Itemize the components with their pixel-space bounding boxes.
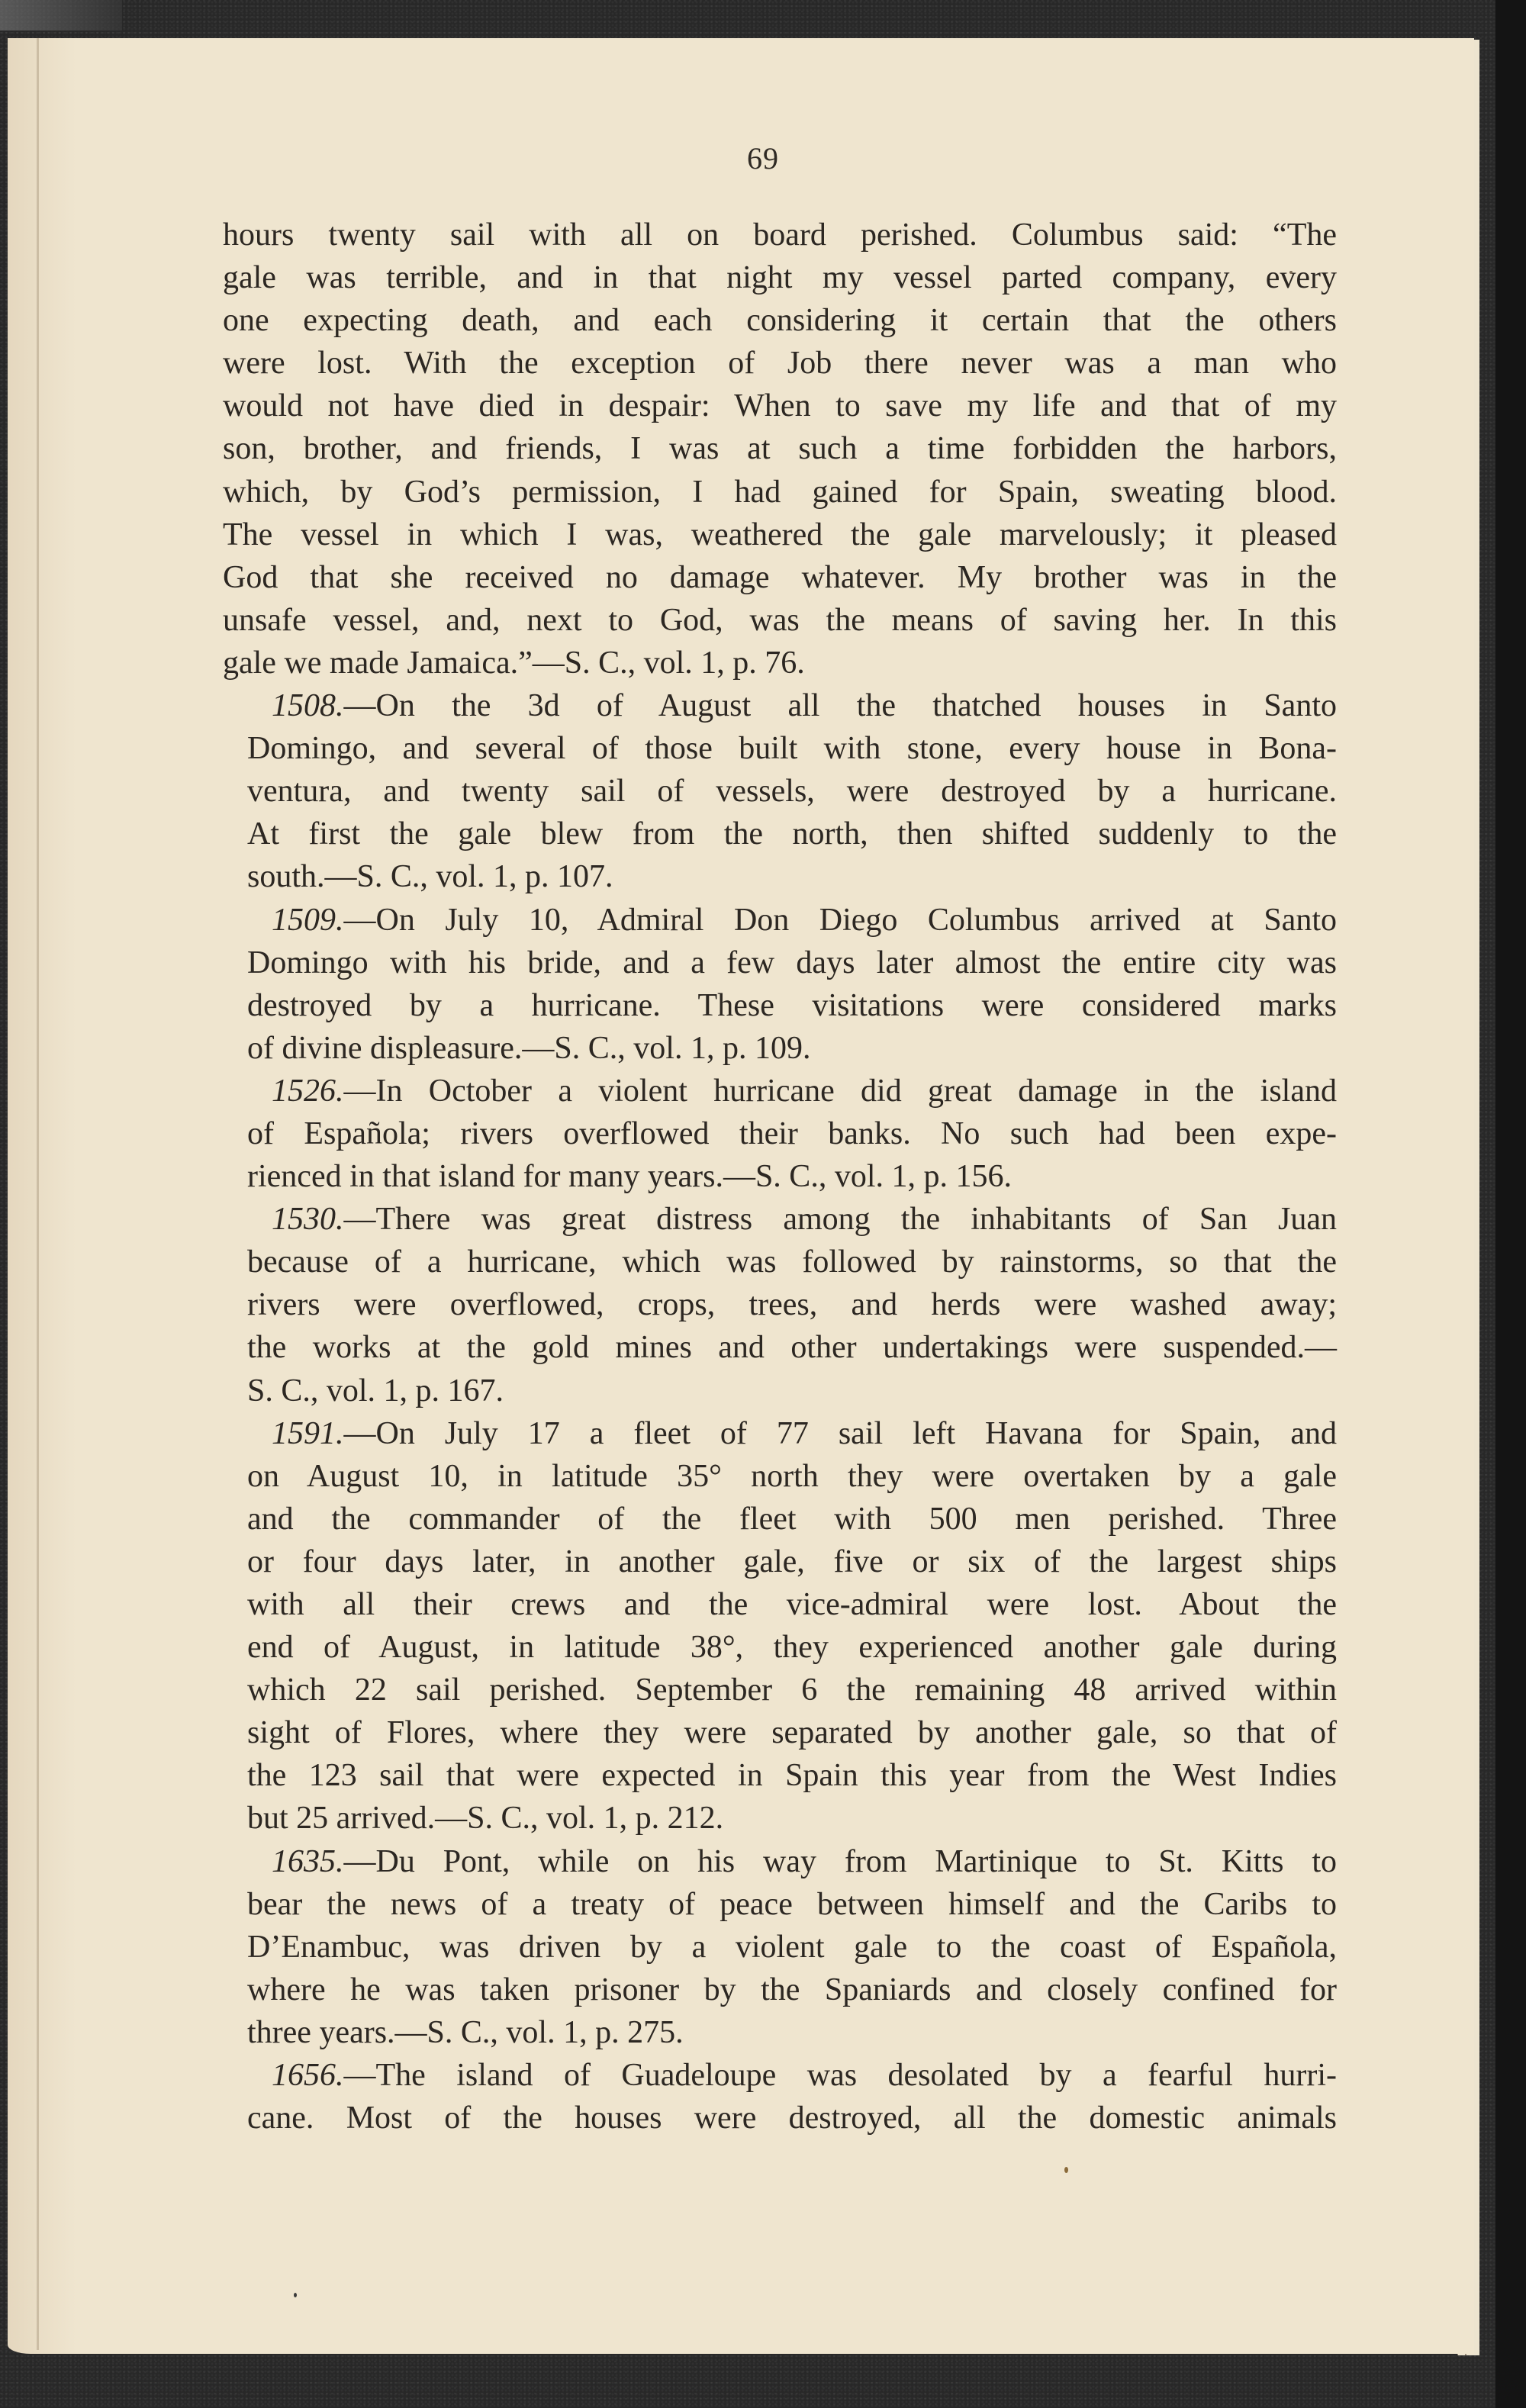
text-line: because of a hurricane, which was follow… — [223, 1241, 1337, 1283]
line-text: which, by God’s permission, I had gained… — [223, 475, 1337, 510]
text-line: Domingo, and several of those built with… — [223, 727, 1337, 770]
text-line: the 123 sail that were expected in Spain… — [223, 1754, 1337, 1797]
paper-speck — [294, 2293, 297, 2297]
text-line: rienced in that island for many years.—S… — [223, 1155, 1337, 1198]
page-number: 69 — [0, 140, 1526, 176]
text-line: gale we made Jamaica.”—S. C., vol. 1, p.… — [223, 642, 1337, 684]
line-text: of divine displeasure.—S. C., vol. 1, p.… — [247, 1031, 810, 1066]
line-text: D’Enambuc, was driven by a violent gale … — [247, 1930, 1337, 1965]
body-text: hours twenty sail with all on board peri… — [223, 214, 1337, 2139]
line-text: bear the news of a treaty of peace betwe… — [247, 1887, 1337, 1922]
line-text: on August 10, in latitude 35° north they… — [247, 1459, 1337, 1494]
line-text: hours twenty sail with all on board peri… — [223, 217, 1337, 253]
text-line: three years.—S. C., vol. 1, p. 275. — [223, 2011, 1337, 2054]
line-text: because of a hurricane, which was follow… — [247, 1244, 1337, 1280]
entry-year: 1635. — [272, 1844, 344, 1879]
text-line: At first the gale blew from the north, t… — [223, 813, 1337, 855]
line-text: destroyed by a hurricane. These visitati… — [247, 988, 1337, 1023]
line-text: The vessel in which I was, weathered the… — [223, 517, 1337, 552]
chronology-entry: 1591.—On July 17 a fleet of 77 sail left… — [223, 1412, 1337, 1840]
line-text: end of August, in latitude 38°, they exp… — [247, 1630, 1337, 1665]
text-line: where he was taken prisoner by the Spani… — [223, 1969, 1337, 2011]
text-line: Domingo with his bride, and a few days l… — [223, 942, 1337, 984]
paper-speck — [1064, 2167, 1068, 2173]
continued-paragraph: hours twenty sail with all on board peri… — [223, 214, 1337, 684]
text-line: 1526.—In October a violent hurricane did… — [223, 1070, 1337, 1112]
text-line: of Española; rivers overflowed their ban… — [223, 1112, 1337, 1155]
line-text: south.—S. C., vol. 1, p. 107. — [247, 859, 613, 894]
cover-edge — [1495, 0, 1526, 2408]
text-line: were lost. With the exception of Job the… — [223, 342, 1337, 385]
line-text: —In October a violent hurricane did grea… — [344, 1074, 1338, 1109]
text-line: 1530.—There was great distress among the… — [223, 1198, 1337, 1241]
gutter-fold — [37, 38, 39, 2350]
chronology-entry: 1635.—Du Pont, while on his way from Mar… — [223, 1840, 1337, 2054]
text-line: son, brother, and friends, I was at such… — [223, 427, 1337, 470]
text-line: and the commander of the fleet with 500 … — [223, 1498, 1337, 1540]
chronology-entry: 1530.—There was great distress among the… — [223, 1198, 1337, 1412]
line-text: —On the 3d of August all the thatched ho… — [344, 688, 1338, 723]
line-text: unsafe vessel, and, next to God, was the… — [223, 603, 1337, 638]
line-text: rivers were overflowed, crops, trees, an… — [247, 1287, 1337, 1322]
line-text: but 25 arrived.—S. C., vol. 1, p. 212. — [247, 1801, 723, 1836]
text-line: S. C., vol. 1, p. 167. — [223, 1370, 1337, 1412]
entry-year: 1526. — [272, 1074, 344, 1109]
text-line: bear the news of a treaty of peace betwe… — [223, 1883, 1337, 1926]
text-line: which 22 sail perished. September 6 the … — [223, 1669, 1337, 1711]
line-text: rienced in that island for many years.—S… — [247, 1159, 1012, 1194]
entry-year: 1530. — [272, 1202, 344, 1237]
text-line: south.—S. C., vol. 1, p. 107. — [223, 855, 1337, 898]
text-line: hours twenty sail with all on board peri… — [223, 214, 1337, 256]
text-line: on August 10, in latitude 35° north they… — [223, 1455, 1337, 1498]
line-text: would not have died in despair: When to … — [223, 388, 1337, 423]
text-line: God that she received no damage whatever… — [223, 556, 1337, 599]
text-line: The vessel in which I was, weathered the… — [223, 513, 1337, 556]
text-line: which, by God’s permission, I had gained… — [223, 471, 1337, 513]
line-text: At first the gale blew from the north, t… — [247, 816, 1337, 851]
text-line: 1635.—Du Pont, while on his way from Mar… — [223, 1840, 1337, 1883]
text-line: but 25 arrived.—S. C., vol. 1, p. 212. — [223, 1797, 1337, 1840]
text-line: the works at the gold mines and other un… — [223, 1326, 1337, 1369]
line-text: —The island of Guadeloupe was desolated … — [344, 2058, 1338, 2093]
line-text: gale we made Jamaica.”—S. C., vol. 1, p.… — [223, 645, 805, 681]
entry-year: 1591. — [272, 1416, 344, 1451]
line-text: where he was taken prisoner by the Spani… — [247, 1972, 1337, 2007]
line-text: son, brother, and friends, I was at such… — [223, 431, 1337, 466]
line-text: gale was terrible, and in that night my … — [223, 260, 1337, 295]
text-line: 1508.—On the 3d of August all the thatch… — [223, 684, 1337, 727]
text-line: end of August, in latitude 38°, they exp… — [223, 1626, 1337, 1669]
line-text: cane. Most of the houses were destroyed,… — [247, 2101, 1337, 2136]
text-line: would not have died in despair: When to … — [223, 385, 1337, 427]
line-text: Domingo, and several of those built with… — [247, 731, 1337, 766]
line-text: —On July 10, Admiral Don Diego Columbus … — [344, 903, 1338, 938]
line-text: were lost. With the exception of Job the… — [223, 346, 1337, 381]
line-text: —There was great distress among the inha… — [344, 1202, 1338, 1237]
text-line: 1656.—The island of Guadeloupe was desol… — [223, 2054, 1337, 2097]
text-line: cane. Most of the houses were destroyed,… — [223, 2097, 1337, 2139]
line-text: and the commander of the fleet with 500 … — [247, 1502, 1337, 1537]
line-text: the 123 sail that were expected in Spain… — [247, 1758, 1337, 1793]
chronology-entry: 1509.—On July 10, Admiral Don Diego Colu… — [223, 899, 1337, 1070]
text-line: rivers were overflowed, crops, trees, an… — [223, 1283, 1337, 1326]
line-text: Domingo with his bride, and a few days l… — [247, 945, 1337, 980]
text-line: gale was terrible, and in that night my … — [223, 256, 1337, 299]
text-line: 1591.—On July 17 a fleet of 77 sail left… — [223, 1412, 1337, 1455]
text-line: ventura, and twenty sail of vessels, wer… — [223, 770, 1337, 813]
line-text: which 22 sail perished. September 6 the … — [247, 1672, 1337, 1708]
text-line: 1509.—On July 10, Admiral Don Diego Colu… — [223, 899, 1337, 942]
text-line: with all their crews and the vice-admira… — [223, 1583, 1337, 1626]
text-line: D’Enambuc, was driven by a violent gale … — [223, 1926, 1337, 1969]
line-text: three years.—S. C., vol. 1, p. 275. — [247, 2015, 684, 2050]
entry-year: 1508. — [272, 688, 344, 723]
text-line: or four days later, in another gale, fiv… — [223, 1540, 1337, 1583]
chronology-entry: 1656.—The island of Guadeloupe was desol… — [223, 2054, 1337, 2139]
line-text: the works at the gold mines and other un… — [247, 1330, 1337, 1365]
chronology-entry: 1526.—In October a violent hurricane did… — [223, 1070, 1337, 1198]
entry-year: 1509. — [272, 903, 344, 938]
line-text: one expecting death, and each considerin… — [223, 303, 1337, 338]
line-text: sight of Flores, where they were separat… — [247, 1715, 1337, 1750]
text-line: one expecting death, and each considerin… — [223, 299, 1337, 342]
line-text: or four days later, in another gale, fiv… — [247, 1544, 1337, 1579]
text-line: unsafe vessel, and, next to God, was the… — [223, 599, 1337, 642]
line-text: ventura, and twenty sail of vessels, wer… — [247, 774, 1337, 809]
line-text: —On July 17 a fleet of 77 sail left Hava… — [344, 1416, 1338, 1451]
line-text: S. C., vol. 1, p. 167. — [247, 1373, 504, 1408]
chronology-entry: 1508.—On the 3d of August all the thatch… — [223, 684, 1337, 898]
text-line: destroyed by a hurricane. These visitati… — [223, 984, 1337, 1027]
paper-speck — [1289, 271, 1293, 274]
line-text: of Española; rivers overflowed their ban… — [247, 1116, 1337, 1151]
line-text: with all their crews and the vice-admira… — [247, 1587, 1337, 1622]
line-text: God that she received no damage whatever… — [223, 560, 1337, 595]
line-text: —Du Pont, while on his way from Martiniq… — [344, 1844, 1338, 1879]
cover-shine — [0, 0, 122, 31]
text-line: of divine displeasure.—S. C., vol. 1, p.… — [223, 1027, 1337, 1070]
entry-year: 1656. — [272, 2058, 344, 2093]
text-line: sight of Flores, where they were separat… — [223, 1711, 1337, 1754]
